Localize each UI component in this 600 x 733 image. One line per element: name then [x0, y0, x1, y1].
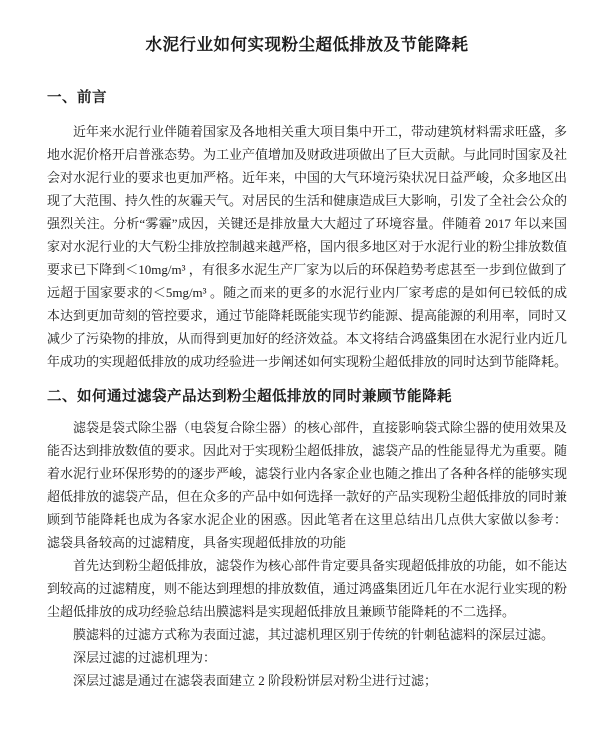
paragraph-filter-precision: 首先达到粉尘超低排放，滤袋作为核心部件肯定要具备实现超低排放的功能，如不能达到较… [47, 554, 567, 623]
section-heading-foreword: 一、前言 [47, 90, 567, 107]
paragraph-membrane-surface-filtration: 膜滤料的过滤方式称为表面过滤，其过滤机理区别于传统的针刺毡滤料的深层过滤。 [47, 623, 567, 646]
document-title: 水泥行业如何实现粉尘超低排放及节能降耗 [47, 0, 567, 56]
paragraph-depth-filtration-label: 深层过滤的过滤机理为： [47, 646, 567, 669]
paragraph-filter-bag-intro: 滤袋是袋式除尘器（电袋复合除尘器）的核心部件，直接影响袋式除尘器的使用效果及能否… [47, 416, 567, 554]
section-heading-filter-bag: 二、如何通过滤袋产品达到粉尘超低排放的同时兼顾节能降耗 [47, 389, 567, 406]
document-page: 水泥行业如何实现粉尘超低排放及节能降耗 一、前言 近年来水泥行业伴随着国家及各地… [0, 0, 600, 733]
paragraph-foreword: 近年来水泥行业伴随着国家及各地相关重大项目集中开工，带动建筑材料需求旺盛，多地水… [47, 120, 567, 373]
paragraph-depth-filtration-mechanism: 深层过滤是通过在滤袋表面建立 2 阶段粉饼层对粉尘进行过滤； [47, 669, 567, 692]
document-content: 水泥行业如何实现粉尘超低排放及节能降耗 一、前言 近年来水泥行业伴随着国家及各地… [0, 0, 600, 692]
